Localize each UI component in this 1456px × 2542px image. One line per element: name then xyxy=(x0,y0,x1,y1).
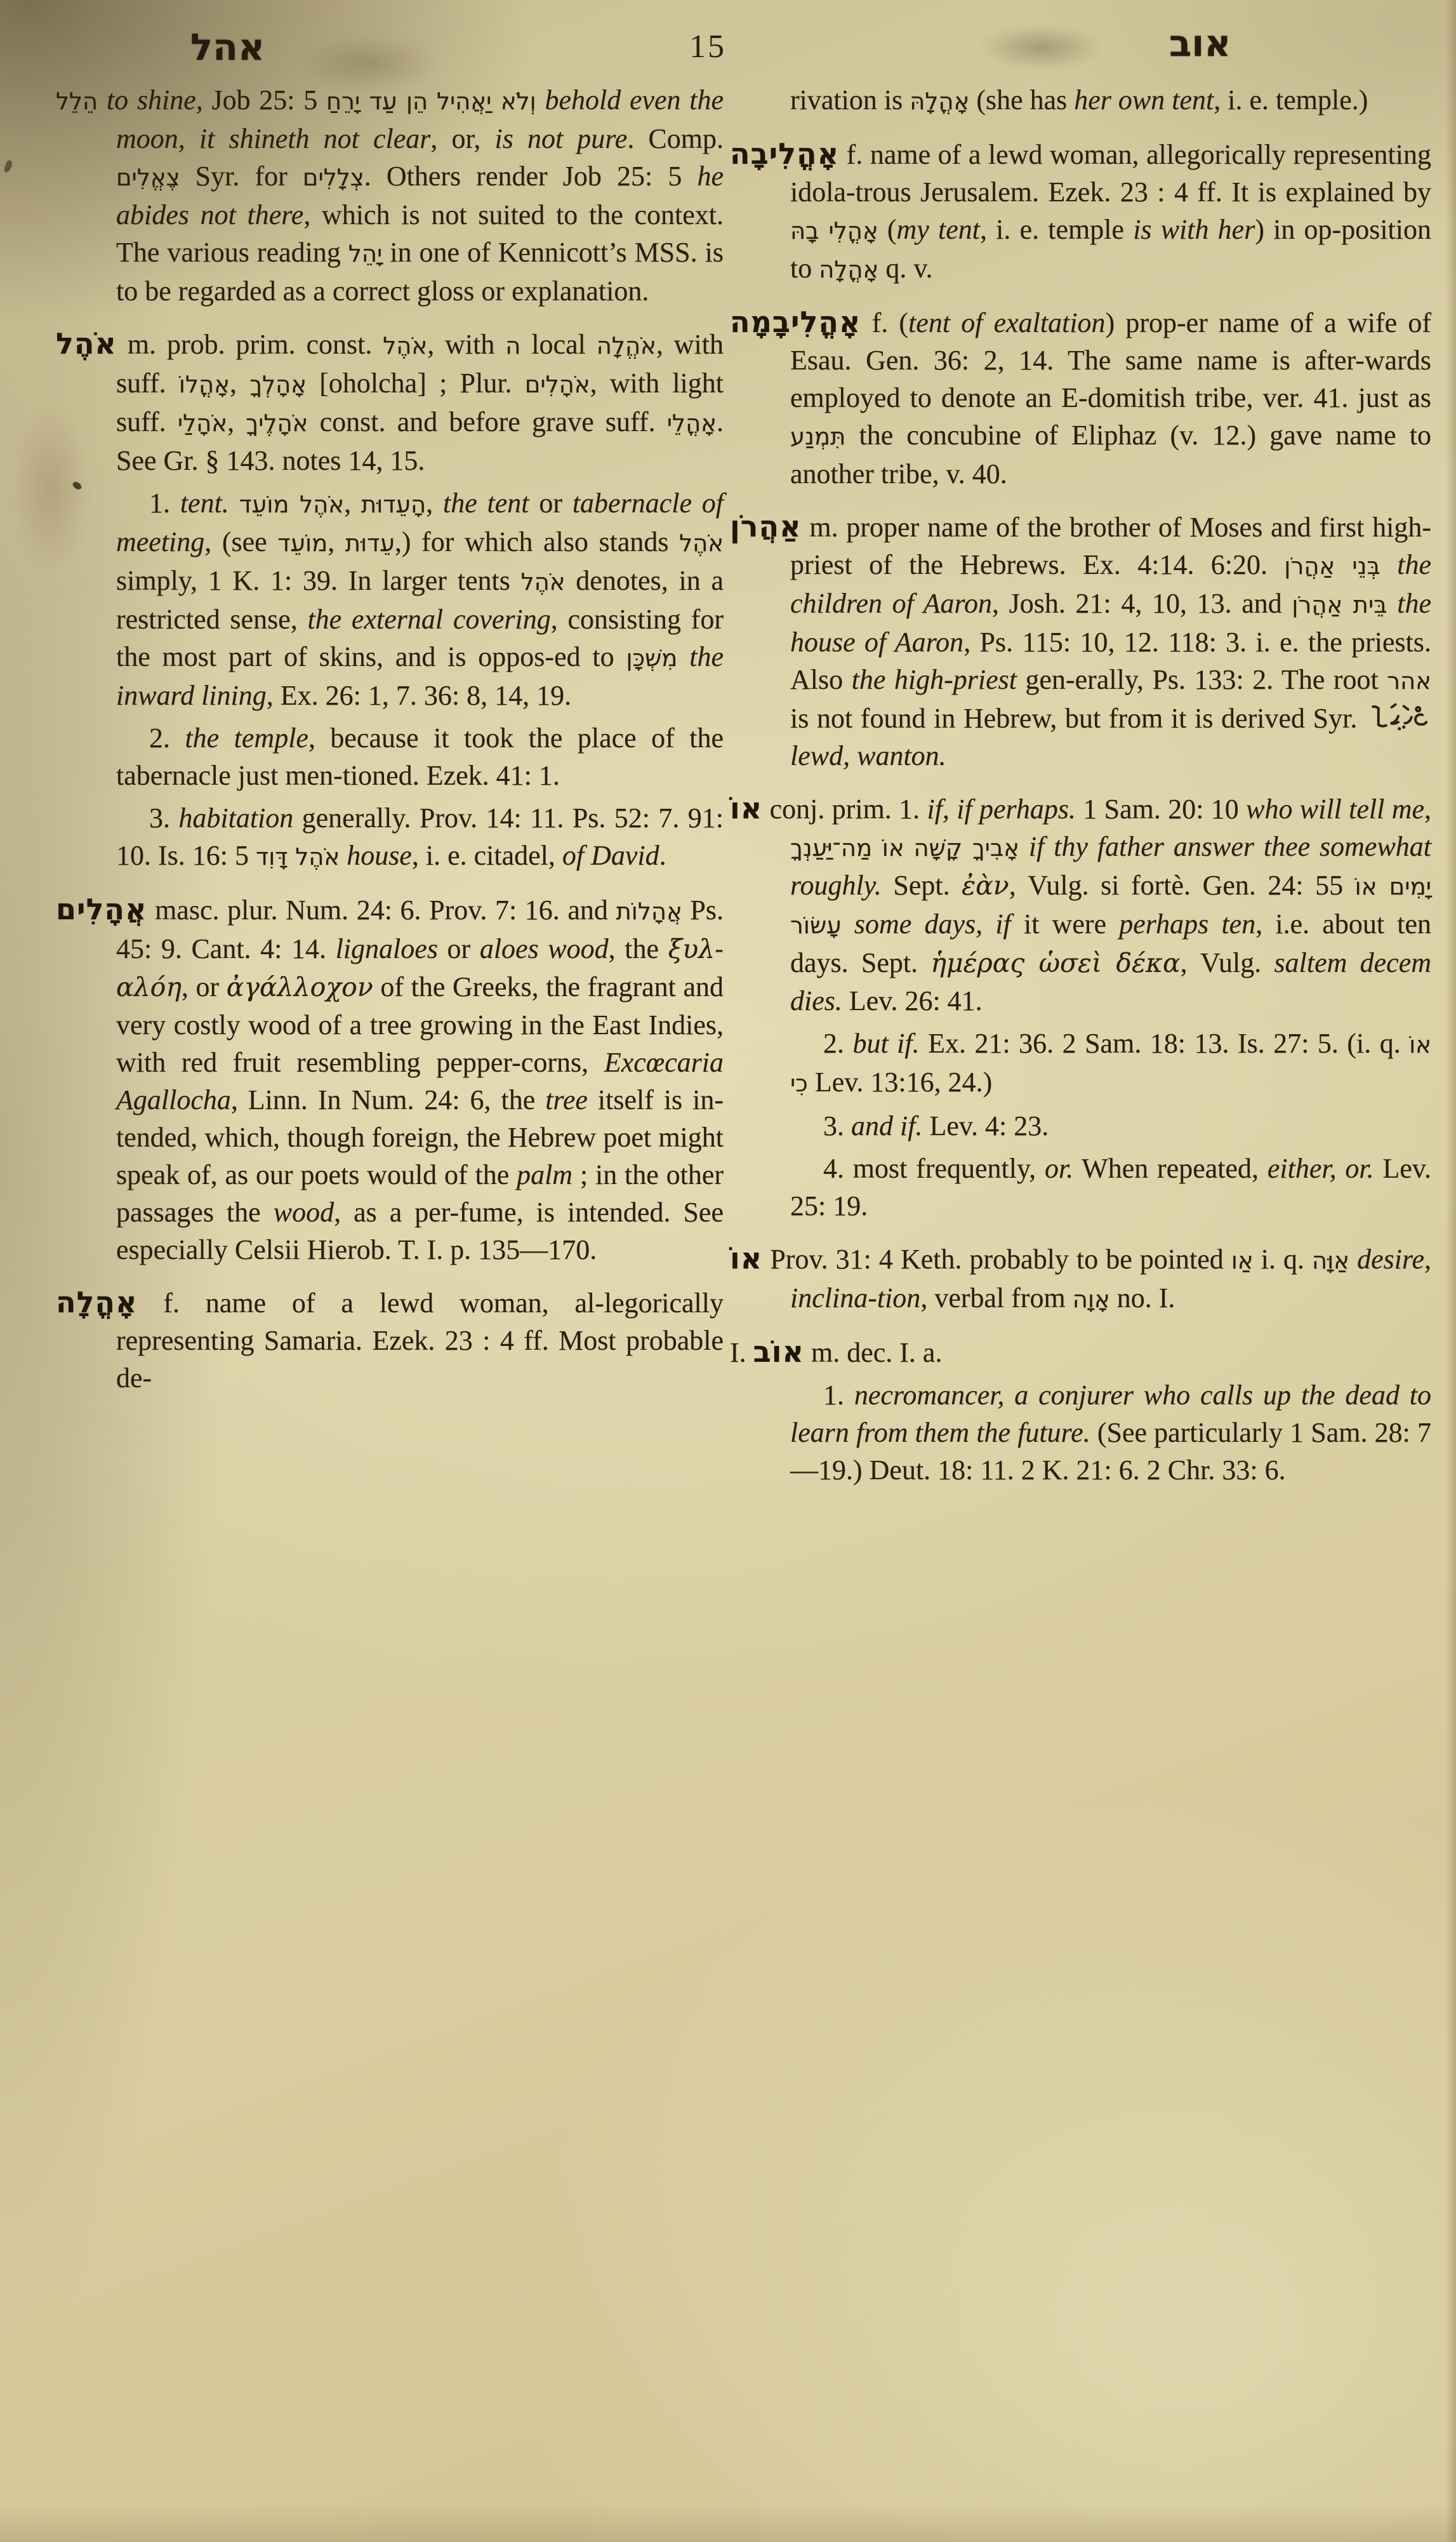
italic-gloss: either, or. xyxy=(1267,1153,1374,1184)
text-segment: . Comp. xyxy=(627,123,724,154)
text-segment: , Vulg. si fortè. Gen. 24: 55 xyxy=(1009,870,1355,901)
text-segment: 4. most frequently, xyxy=(823,1153,1045,1184)
text-segment: , xyxy=(1424,794,1431,825)
text-segment: , xyxy=(230,368,249,399)
dictionary-entry: אֲהָלִים masc. plur. Num. 24: 6. Prov. 7… xyxy=(56,891,724,1268)
text-segment: Lev. 26: 41. xyxy=(842,985,983,1016)
entry-sense: 3. habitation generally. Prov. 14: 11. P… xyxy=(56,799,724,875)
dictionary-entry: אַהֲרֹן m. proper name of the brother of… xyxy=(730,508,1431,775)
hebrew-text: מוֹעֵד xyxy=(277,529,328,557)
text-segment xyxy=(229,488,239,519)
greek-text: ἐὰν xyxy=(962,870,1009,901)
text-segment: f. name of a lewd woman, al-legorically … xyxy=(116,1288,724,1394)
hebrew-text: אָבִיךָ קָשָׁה xyxy=(913,834,1019,862)
text-segment xyxy=(1349,1244,1357,1275)
text-segment: it were xyxy=(1011,908,1119,940)
text-segment: , Josh. 21: 4, 10, 13. and xyxy=(992,588,1292,619)
text-segment: q. v. xyxy=(878,253,932,284)
text-segment: , i. e. temple.) xyxy=(1214,84,1368,116)
text-segment: , verbal from xyxy=(920,1282,1072,1314)
text-segment: , or, xyxy=(430,123,494,154)
text-segment: , or xyxy=(182,971,227,1002)
entry-headword: אַהֲרֹן xyxy=(730,509,802,543)
text-segment: , i. e. citadel, xyxy=(412,840,562,871)
hebrew-text: אַו xyxy=(1231,1247,1254,1274)
hebrew-text: אָהֳלָה xyxy=(819,256,878,283)
page-header: אהל 15 אוב xyxy=(0,22,1456,85)
text-segment: ( xyxy=(878,214,897,245)
text-segment xyxy=(677,641,689,672)
guide-word-right: אוב xyxy=(1169,22,1231,65)
column-left: הֵלֵל to shine, Job 25: 5 הֵן עַד יָרֵחַ… xyxy=(56,81,724,1489)
hebrew-text: וְלֹא יַאֲהִיל xyxy=(437,88,536,115)
text-segment: f. ( xyxy=(861,307,908,338)
guide-word-left: אהל xyxy=(190,25,265,69)
hebrew-text: אהר xyxy=(1387,667,1431,695)
entry-headword: אוֹ xyxy=(730,1241,762,1275)
text-segment: m. dec. I. a. xyxy=(804,1337,942,1368)
italic-gloss: lewd, wanton. xyxy=(790,740,946,771)
text-segment xyxy=(1019,831,1029,862)
italic-gloss: palm xyxy=(517,1159,572,1190)
dictionary-entry: הֵלֵל to shine, Job 25: 5 הֵן עַד יָרֵחַ… xyxy=(56,81,724,310)
text-segment: 1 Sam. 20: 10 xyxy=(1076,794,1246,825)
column-right: rivation is אָהֳלָהּ (she has her own te… xyxy=(730,81,1431,1489)
text-segment: the concubine of Eliphaz (v. 12.) gave n… xyxy=(790,420,1431,489)
text-segment: When repeated, xyxy=(1073,1153,1267,1184)
entry-headword: אוֹ xyxy=(730,791,762,825)
text-segment: , xyxy=(227,406,246,437)
entry-headword: אָהֳלָה xyxy=(56,1285,138,1319)
text-segment: Sept. xyxy=(882,870,962,901)
italic-gloss: lignaloes xyxy=(336,933,438,964)
text-segment: I. xyxy=(730,1337,753,1368)
entry-headword: אָהֳלִיבָמָה xyxy=(730,305,861,339)
entry-headword: אָהֳלִיבָה xyxy=(730,136,839,171)
dictionary-entry: rivation is אָהֳלָהּ (she has her own te… xyxy=(730,81,1431,120)
text-segment: , with xyxy=(427,329,505,360)
hebrew-text: הֵן עַד יָרֵחַ xyxy=(326,88,428,115)
entry-headword: אוֹב xyxy=(753,1334,804,1369)
text-segment xyxy=(1380,549,1397,580)
greek-text: ἡμέρας ὡσεὶ δέκα xyxy=(930,948,1180,978)
italic-gloss: or. xyxy=(1045,1153,1073,1184)
text-segment: gen-erally, Ps. 133: 2. The root xyxy=(1017,664,1387,695)
hebrew-text: מִשְׁכָּן xyxy=(626,644,677,672)
italic-gloss: habitation xyxy=(178,802,293,834)
italic-gloss: her own tent xyxy=(1074,84,1214,116)
text-segment: , (see xyxy=(204,526,277,557)
text-columns: הֵלֵל to shine, Job 25: 5 הֵן עַד יָרֵחַ… xyxy=(0,81,1431,1489)
text-segment: Lev. 13:16, 24.) xyxy=(808,1067,992,1098)
text-segment: Prov. 31: 4 Keth. probably to be pointed xyxy=(762,1244,1231,1275)
hebrew-text: אָהֳלוֹ xyxy=(179,371,230,398)
hebrew-text: אָהֳלָהּ xyxy=(910,88,969,115)
italic-gloss: the tent xyxy=(443,488,529,519)
dictionary-entry: אָהֳלָה f. name of a lewd woman, al-lego… xyxy=(56,1284,724,1397)
hebrew-text: צֶאֱלִים xyxy=(116,164,180,191)
italic-gloss: my tent xyxy=(897,214,980,245)
hebrew-text: אֹהֶל מוֹעֵד xyxy=(239,491,344,518)
text-segment: masc. plur. Num. 24: 6. Prov. 7: 16. and xyxy=(147,895,616,926)
entry-headword: אֲהָלִים xyxy=(56,892,147,926)
italic-gloss: is with her xyxy=(1133,214,1255,245)
hebrew-text: בֵּית אַהֲרֹן xyxy=(1292,591,1387,618)
text-segment: no. I. xyxy=(1110,1282,1175,1314)
hebrew-text: אֲהָלוֹת xyxy=(616,898,682,925)
text-segment: Ex. 21: 36. 2 Sam. 18: 13. Is. 27: 5. (i… xyxy=(920,1028,1410,1059)
text-segment: simply, 1 K. 1: 39. In larger tents xyxy=(116,565,521,596)
italic-gloss: wood xyxy=(274,1197,334,1228)
italic-gloss: tent. xyxy=(180,488,229,519)
hebrew-text: אֹהֶל xyxy=(679,529,724,557)
italic-gloss: perhaps ten xyxy=(1119,908,1255,940)
text-segment: , Vulg. xyxy=(1181,947,1274,978)
text-segment: conj. prim. 1. xyxy=(762,794,927,825)
text-segment: , Ex. 26: 1, 7. 36: 8, 14, 19. xyxy=(267,680,571,711)
dictionary-entry: אָהֳלִיבָמָה f. (tent of exaltation) pro… xyxy=(730,303,1431,493)
text-segment: 2. xyxy=(823,1028,852,1059)
text-segment xyxy=(340,840,347,871)
entry-sense: 1. necromancer, a conjurer who calls up … xyxy=(730,1376,1431,1489)
hebrew-text: בְּנֵי אַהֲרֹן xyxy=(1284,552,1380,580)
italic-gloss: but if. xyxy=(852,1028,919,1059)
text-segment xyxy=(536,84,545,116)
hebrew-text: אֹהָלַי xyxy=(178,409,227,437)
text-segment: f. name of a lewd woman, allegorically r… xyxy=(790,139,1431,208)
text-segment: , xyxy=(344,488,361,519)
hebrew-text: אָוָה xyxy=(1073,1286,1110,1313)
text-segment: m. prob. prim. const. xyxy=(117,329,383,360)
text-segment: is not found in Hebrew, but from it is d… xyxy=(790,703,1365,734)
text-segment: 1. xyxy=(823,1380,854,1411)
text-segment: 3. xyxy=(823,1110,851,1141)
text-segment: , Linn. In Num. 24: 6, the xyxy=(231,1084,545,1115)
hebrew-text: אַוָּה xyxy=(1312,1247,1349,1274)
text-segment: , xyxy=(328,526,345,557)
text-segment: . xyxy=(659,840,666,871)
entry-headword: אֹהֶל xyxy=(56,326,117,361)
text-segment: i. q. xyxy=(1254,1244,1312,1275)
hebrew-text: אָהֳלִי בָהּ xyxy=(790,217,878,244)
italic-gloss: to shine xyxy=(98,84,196,116)
dictionary-entry: אוֹ conj. prim. 1. if, if perhaps. 1 Sam… xyxy=(730,790,1431,1020)
italic-gloss: is not pure xyxy=(495,123,628,154)
text-segment: , xyxy=(426,488,443,519)
hebrew-text: תִּמְנַע xyxy=(790,423,845,450)
italic-gloss: the high-priest xyxy=(852,664,1017,695)
hebrew-text: אֹהֶל דָּוִד xyxy=(256,843,340,870)
entry-sense: 4. most frequently, or. When repeated, e… xyxy=(730,1150,1431,1225)
text-segment: , i. e. temple xyxy=(980,214,1133,245)
hebrew-text: אֹהֱלָה xyxy=(597,332,656,359)
hebrew-text: אֹהָלֶיךָ xyxy=(246,409,308,437)
dictionary-entry: אֹהֶל m. prob. prim. const. אֹהֶל, with … xyxy=(56,325,724,479)
text-segment: (she has xyxy=(969,84,1074,116)
text-segment: const. and before grave suff. xyxy=(308,406,666,437)
italic-gloss: tent of exaltation xyxy=(908,307,1106,338)
hebrew-text: יָהֵל xyxy=(348,240,382,267)
text-segment: 3. xyxy=(149,802,178,834)
greek-text: ἀγάλλοχον xyxy=(227,972,373,1002)
italic-gloss: some days, if xyxy=(854,908,1011,940)
text-segment: Syr. for xyxy=(180,161,303,192)
text-segment: . Others render Job 25: 5 xyxy=(364,161,698,192)
text-segment: [oholcha] ; Plur. xyxy=(307,368,525,399)
hebrew-text: הֵלֵל xyxy=(56,88,98,115)
text-segment xyxy=(1387,588,1398,619)
dictionary-entry: אָהֳלִיבָה f. name of a lewd woman, alle… xyxy=(730,135,1431,288)
page-number: 15 xyxy=(689,28,726,65)
italic-gloss: the temple xyxy=(185,722,308,754)
text-segment: 1. xyxy=(149,488,180,519)
hebrew-text: אוֹ מַה־יַּעַנְךָ xyxy=(790,834,904,862)
italic-gloss: the external covering xyxy=(307,604,550,635)
hebrew-text: הָעֵדוּת xyxy=(361,491,426,518)
entry-sense: 2. but if. Ex. 21: 36. 2 Sam. 18: 13. Is… xyxy=(730,1025,1431,1102)
italic-gloss: who will tell me xyxy=(1246,794,1424,825)
syriac-word xyxy=(1365,703,1431,734)
entry-sense: 1. tent. אֹהֶל מוֹעֵד, הָעֵדוּת, the ten… xyxy=(56,484,724,714)
text-segment xyxy=(842,908,854,940)
hebrew-text: אֹהֶל xyxy=(383,332,427,359)
hebrew-text: אָהֳלֵי xyxy=(667,409,717,437)
text-segment: or xyxy=(529,488,572,519)
hebrew-text: אֹהֶל xyxy=(521,568,566,596)
hebrew-text: ה xyxy=(505,332,520,359)
dictionary-entry: אוֹ Prov. 31: 4 Keth. probably to be poi… xyxy=(730,1240,1431,1318)
italic-gloss: tree xyxy=(545,1084,588,1115)
hebrew-text: אֹהָלִים xyxy=(525,371,590,398)
italic-gloss: and if. xyxy=(851,1110,922,1141)
hebrew-text: צְלָלִים xyxy=(303,164,364,191)
entry-sense: 2. the temple, because it took the place… xyxy=(56,719,724,794)
entry-sense: 3. and if. Lev. 4: 23. xyxy=(730,1107,1431,1145)
text-segment: Lev. 4: 23. xyxy=(922,1110,1049,1141)
text-segment: 2. xyxy=(149,722,185,754)
hebrew-text: עֵדוּת xyxy=(345,529,395,557)
italic-gloss: aloes wood xyxy=(480,933,609,964)
text-segment: local xyxy=(520,329,596,360)
text-segment: ,) for which also stands xyxy=(395,526,679,557)
text-segment: rivation is xyxy=(790,84,910,116)
text-segment: , Job 25: 5 xyxy=(196,84,326,116)
text-segment xyxy=(904,831,914,862)
dictionary-entry: I. אוֹב m. dec. I. a. xyxy=(730,1333,1431,1371)
italic-gloss: house xyxy=(347,840,412,871)
text-segment: , the xyxy=(609,933,668,964)
italic-gloss: of David xyxy=(562,840,659,871)
italic-gloss: if, if perhaps. xyxy=(927,794,1076,825)
text-segment: or xyxy=(438,933,480,964)
text-segment xyxy=(428,84,437,116)
hebrew-text: אָהָלְךָ xyxy=(249,371,307,398)
